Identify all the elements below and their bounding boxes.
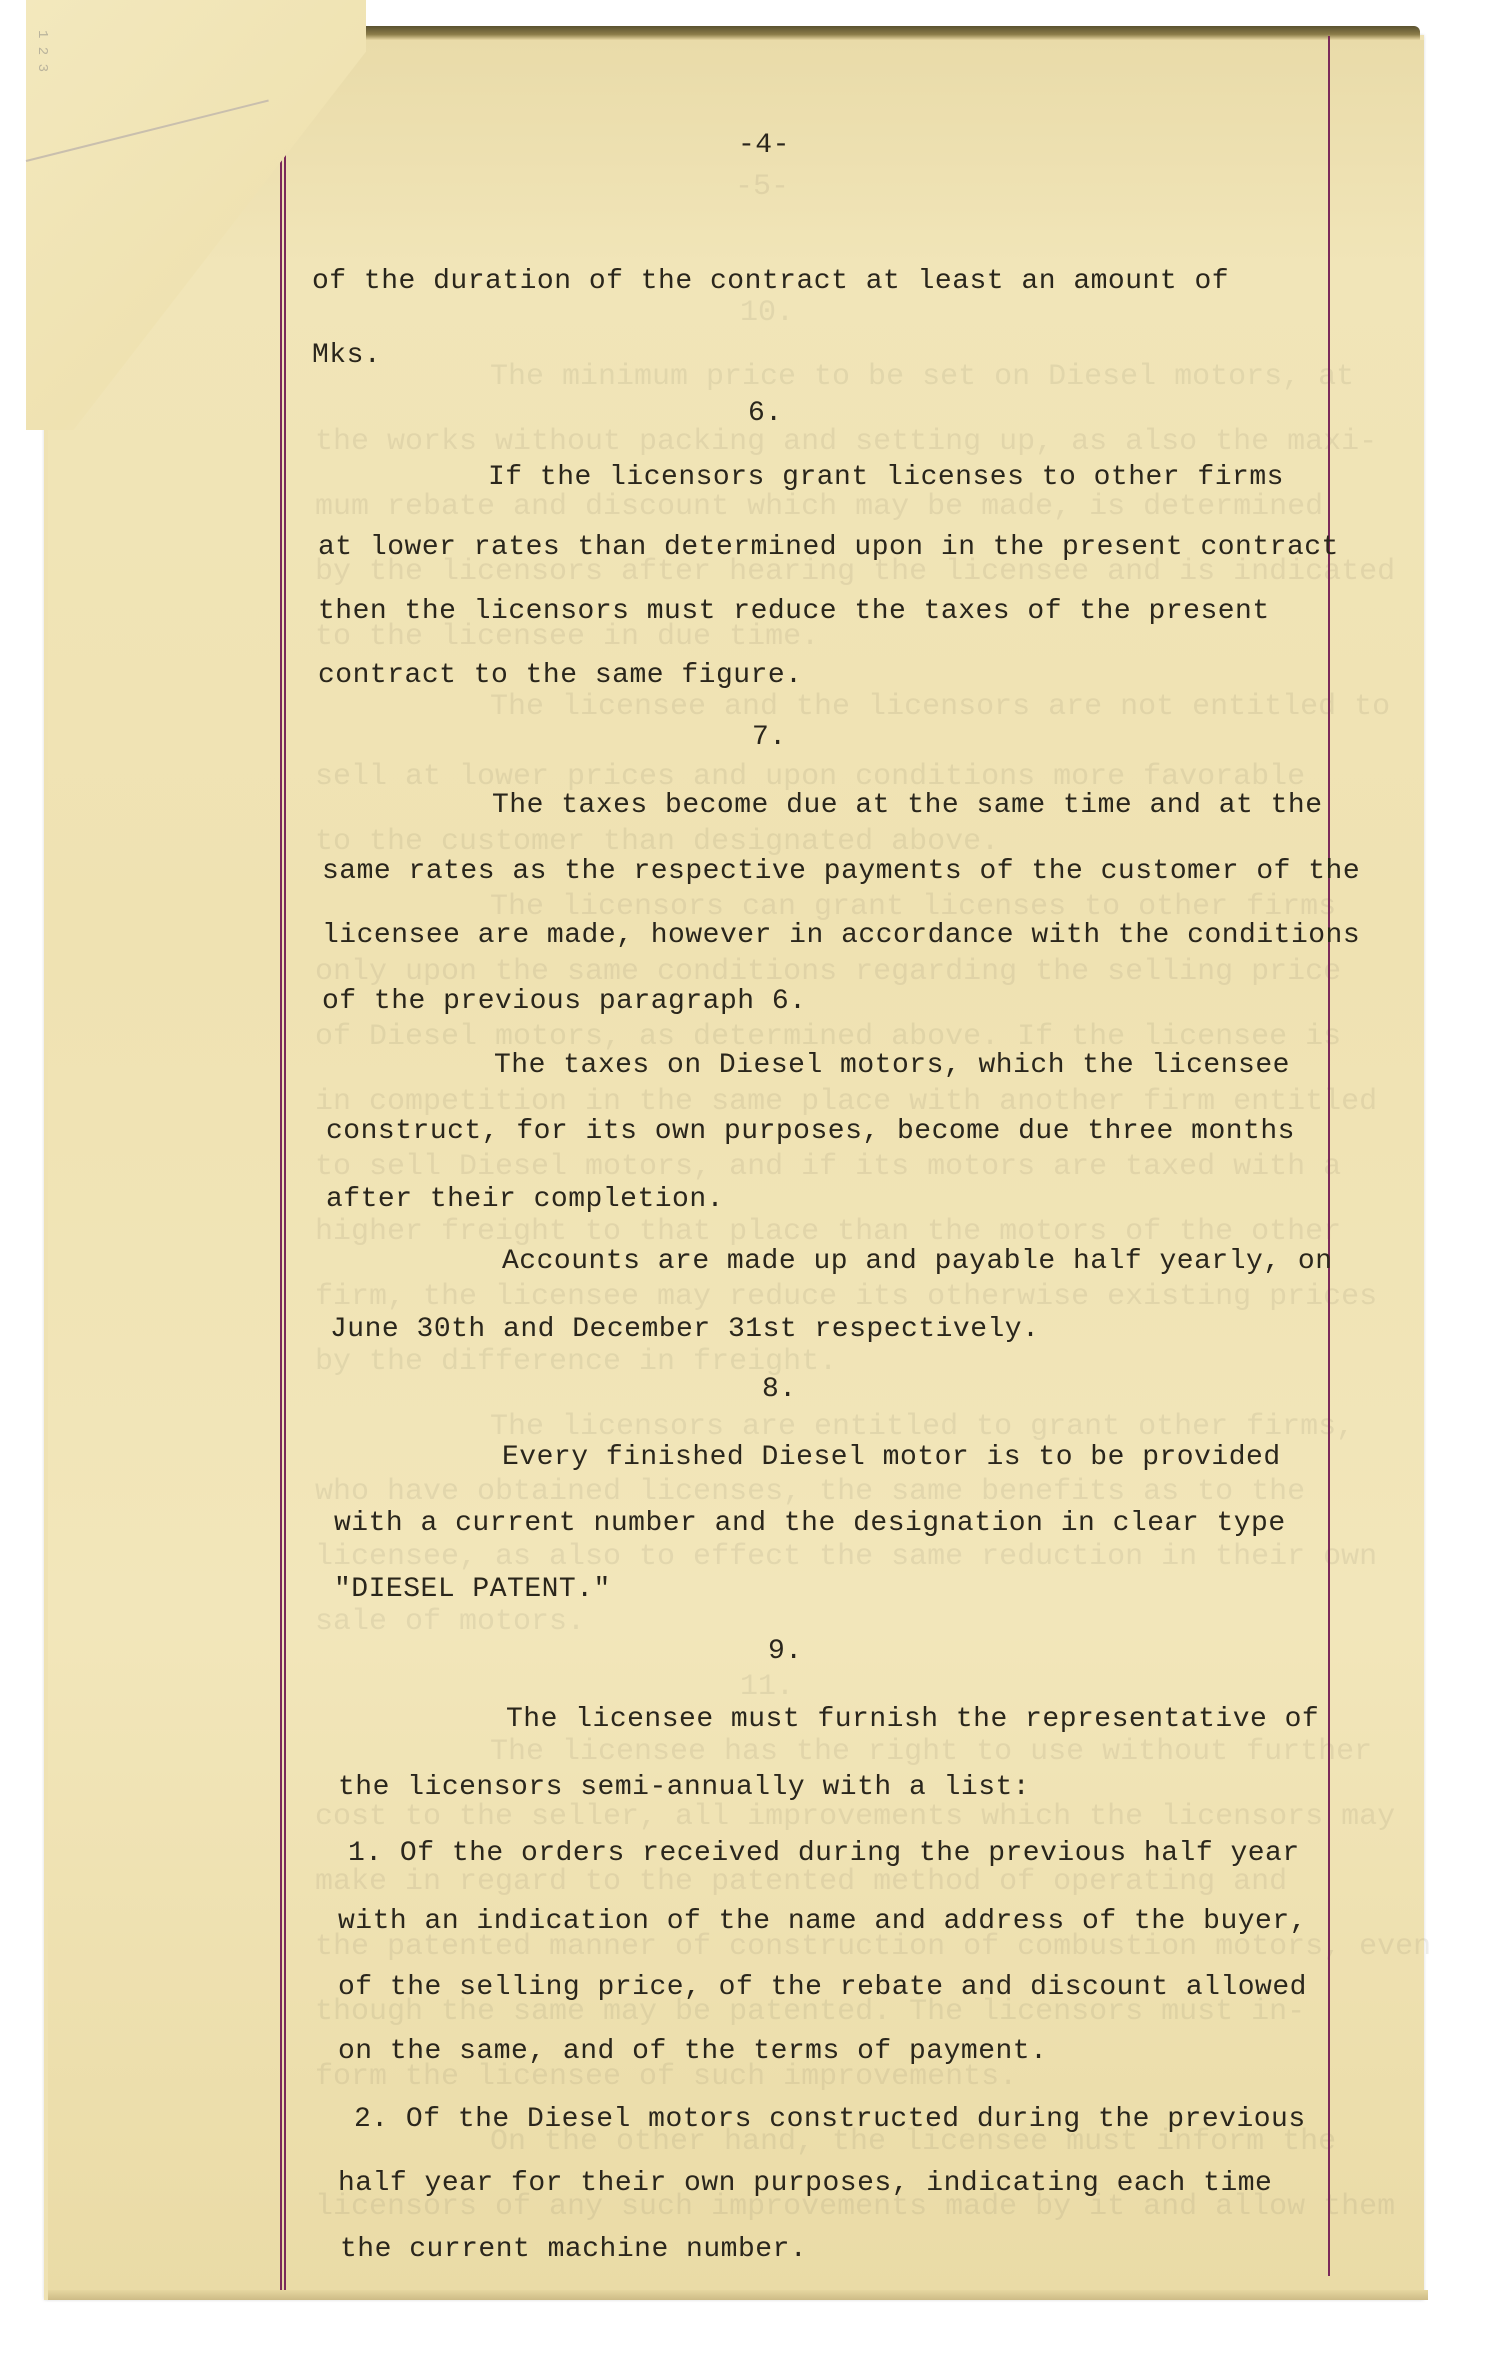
page-number: -4- [738, 130, 790, 161]
fold-corner-mark: 1 2 3 [34, 30, 50, 72]
section-number: 7. [752, 722, 787, 753]
paragraph-line: same rates as the respective payments of… [322, 856, 1360, 887]
show-through-line: of Diesel motors, as determined above. I… [315, 1020, 1341, 1054]
paragraph-line: half year for their own purposes, indica… [338, 2168, 1272, 2199]
section-number: 8. [762, 1374, 797, 1405]
show-through-line: to sell Diesel motors, and if its motors… [315, 1150, 1341, 1184]
show-through-line: 11. [740, 1670, 794, 1704]
paragraph-line: contract to the same figure. [318, 660, 802, 691]
section-number: 9. [768, 1636, 803, 1667]
show-through-line: sell at lower prices and upon conditions… [315, 760, 1305, 794]
show-through-line: mum rebate and discount which may be mad… [315, 490, 1323, 524]
paragraph-line: construct, for its own purposes, become … [326, 1116, 1295, 1147]
show-through-line: cost to the seller, all improvements whi… [315, 1800, 1395, 1834]
show-through-line: The licensors are entitled to grant othe… [490, 1410, 1354, 1444]
paragraph-line: 1. Of the orders received during the pre… [348, 1838, 1300, 1869]
show-through-line: in competition in the same place with an… [315, 1085, 1377, 1119]
paragraph-line: Every finished Diesel motor is to be pro… [502, 1442, 1281, 1473]
section-number: 6. [748, 398, 783, 429]
paragraph-line: If the licensors grant licenses to other… [488, 462, 1284, 493]
show-through-line: The minimum price to be set on Diesel mo… [490, 360, 1354, 394]
paragraph-line: licensee are made, however in accordance… [322, 920, 1360, 951]
paragraph-line: after their completion. [326, 1184, 724, 1215]
paragraph-line: The taxes become due at the same time an… [492, 790, 1323, 821]
show-through-line: firm, the licensee may reduce its otherw… [315, 1280, 1377, 1314]
text-line: of the duration of the contract at least… [312, 266, 1229, 297]
text-line: Mks. [312, 340, 381, 371]
show-through-line: the works without packing and setting up… [315, 425, 1377, 459]
show-through-line: sale of motors. [315, 1605, 585, 1639]
paragraph-line: of the selling price, of the rebate and … [338, 1972, 1307, 2003]
paragraph-line: "DIESEL PATENT." [334, 1574, 611, 1605]
paragraph-line: the licensors semi-annually with a list: [338, 1772, 1030, 1803]
show-through-line: make in regard to the patented method of… [315, 1865, 1287, 1899]
show-through-line: The licensee and the licensors are not e… [490, 690, 1390, 724]
right-margin-rule [1328, 36, 1330, 2276]
left-margin-rule [280, 140, 286, 2300]
paragraph-line: with an indication of the name and addre… [338, 1906, 1307, 1937]
show-through-line: The licensors can grant licenses to othe… [490, 890, 1336, 924]
show-through-line: by the difference in freight. [315, 1345, 837, 1379]
show-through-line: to the customer than designated above. [315, 825, 999, 859]
show-through-line: -5- [735, 170, 789, 204]
paragraph-line: the current machine number. [340, 2234, 807, 2265]
paragraph-line: then the licensors must reduce the taxes… [318, 596, 1270, 627]
paragraph-line: The taxes on Diesel motors, which the li… [494, 1050, 1290, 1081]
bottom-paper-edge [48, 2290, 1428, 2300]
paragraph-line: with a current number and the designatio… [334, 1508, 1286, 1539]
show-through-line: The licensee has the right to use withou… [490, 1735, 1372, 1769]
paragraph-line: 2. Of the Diesel motors constructed duri… [354, 2104, 1306, 2135]
show-through-line: who have obtained licenses, the same ben… [315, 1475, 1305, 1509]
show-through-line: higher freight to that place than the mo… [315, 1215, 1341, 1249]
paragraph-line: Accounts are made up and payable half ye… [502, 1246, 1333, 1277]
paragraph-line: June 30th and December 31st respectively… [330, 1314, 1039, 1345]
paragraph-line: of the previous paragraph 6. [322, 986, 806, 1017]
paragraph-line: at lower rates than determined upon in t… [318, 532, 1339, 563]
show-through-line: 10. [740, 296, 794, 330]
show-through-line: only upon the same conditions regarding … [315, 955, 1341, 989]
paragraph-line: on the same, and of the terms of payment… [338, 2036, 1047, 2067]
show-through-line: licensee, as also to effect the same red… [315, 1540, 1377, 1574]
paragraph-line: The licensee must furnish the representa… [506, 1704, 1319, 1735]
